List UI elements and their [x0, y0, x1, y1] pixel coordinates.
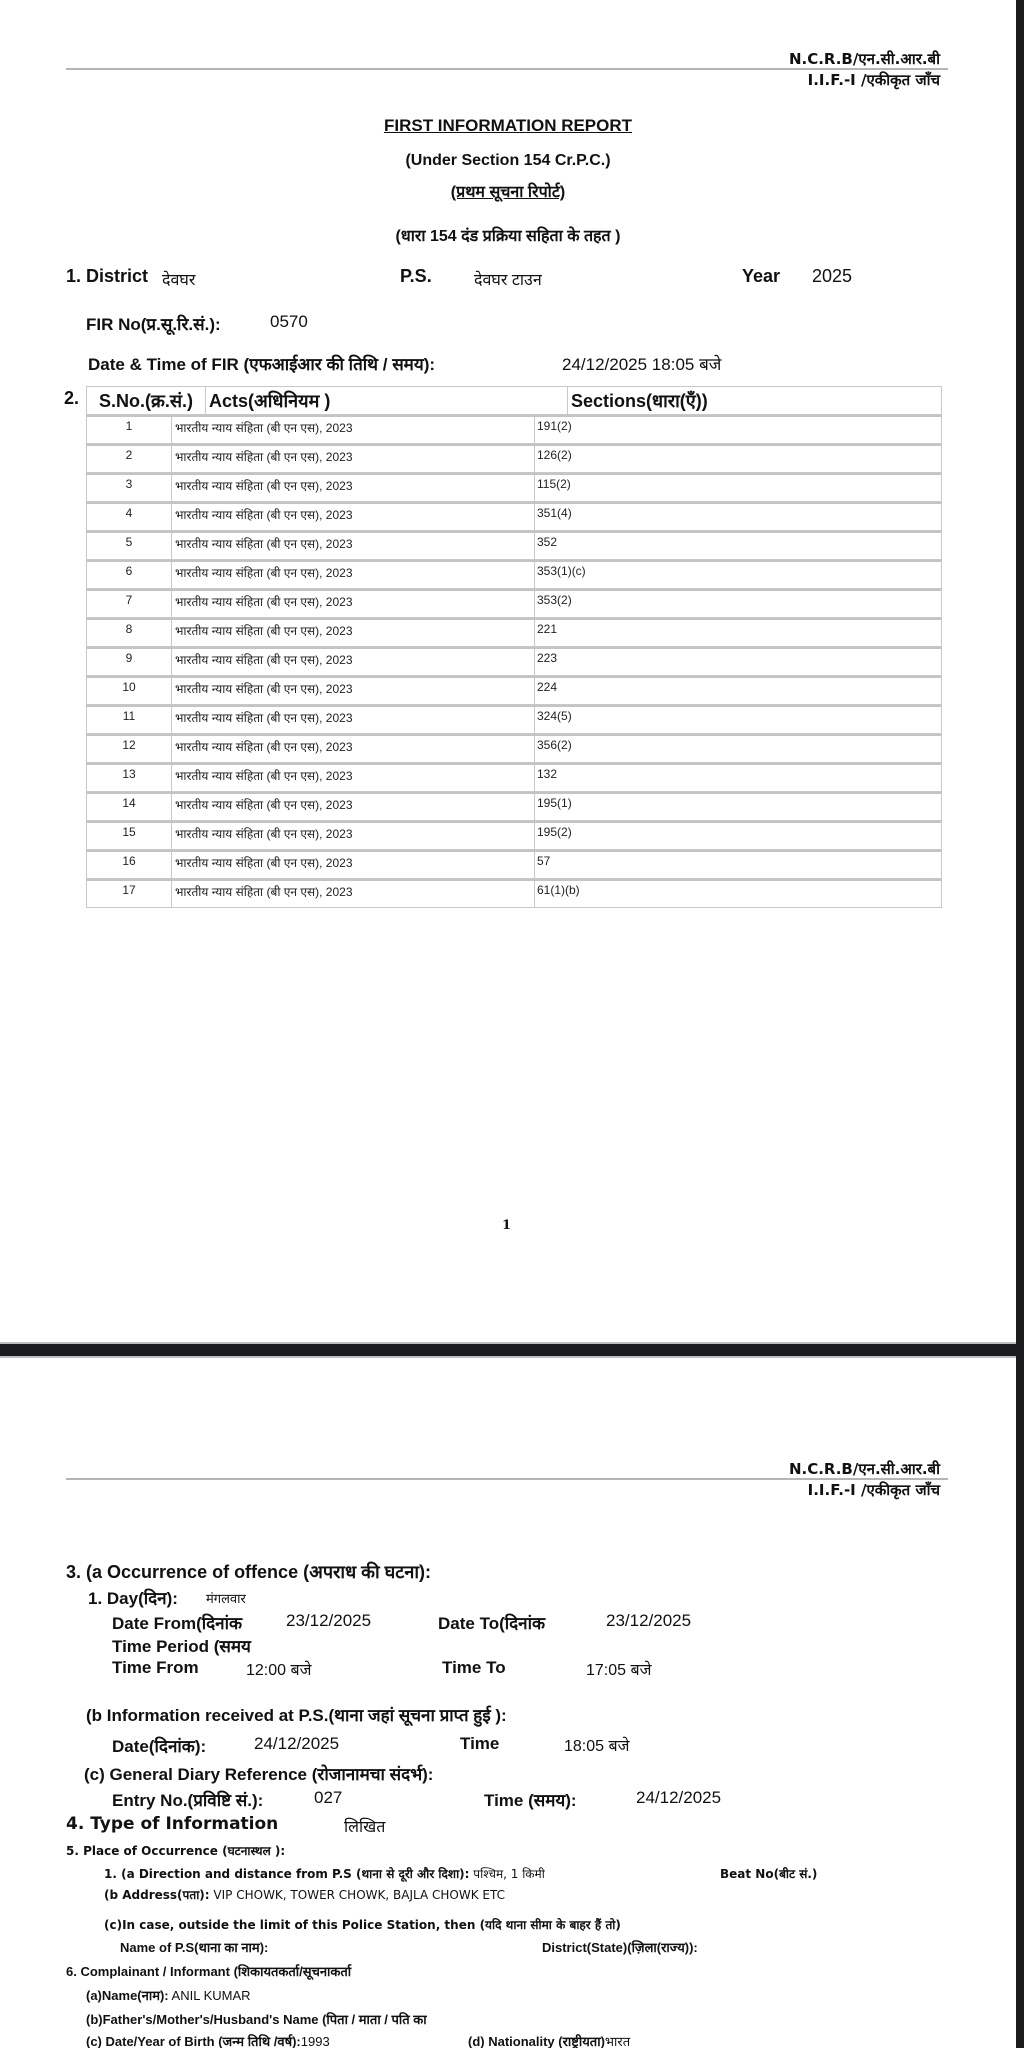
- row-section: 353(1)(c): [537, 564, 586, 578]
- row-section: 195(2): [537, 825, 572, 839]
- ps-name-label: Name of P.S(थाना का नाम):: [120, 1938, 268, 1956]
- row-sno: 4: [87, 506, 171, 520]
- row-section: 57: [537, 854, 550, 868]
- address-value: VIP CHOWK, TOWER CHOWK, BAJLA CHOWK ETC: [213, 1888, 505, 1902]
- dob-row: (c) Date/Year of Birth (जन्म तिथि /वर्ष)…: [86, 2032, 330, 2048]
- info-date-label: Date(दिनांक):: [112, 1734, 206, 1757]
- table-row: 2भारतीय न्याय संहिता (बी एन एस), 2023126…: [86, 444, 942, 473]
- row-act: भारतीय न्याय संहिता (बी एन एस), 2023: [175, 448, 353, 465]
- fir-datetime-value: 24/12/2025 18:05 बजे: [562, 352, 721, 375]
- entry-no-value: 027: [314, 1788, 342, 1808]
- date-to-label: Date To(दिनांक: [438, 1611, 545, 1634]
- row-sno: 1: [87, 419, 171, 433]
- type-of-info-value: लिखित: [344, 1815, 385, 1837]
- direction-label: 1. (a Direction and distance from P.S (थ…: [104, 1867, 469, 1881]
- day-value: मंगलवार: [206, 1589, 246, 1607]
- nationality-value: भारत: [605, 2034, 630, 2048]
- time-to-label: Time To: [442, 1658, 506, 1678]
- district-value: देवघर: [162, 268, 195, 290]
- table-row: 9भारतीय न्याय संहिता (बी एन एस), 2023223: [86, 647, 942, 676]
- outside-limit-label: (c)In case, outside the limit of this Po…: [104, 1916, 621, 1933]
- direction-row: 1. (a Direction and distance from P.S (थ…: [104, 1865, 545, 1882]
- fir-no-label: FIR No(प्र.सू.रि.सं.):: [86, 312, 221, 335]
- table-row: 14भारतीय न्याय संहिता (बी एन एस), 202319…: [86, 792, 942, 821]
- ncrb-label: N.C.R.B/एन.सी.आर.बी: [789, 50, 940, 68]
- name-row: (a)Name(नाम): ANIL KUMAR: [86, 1986, 251, 2004]
- row-section: 115(2): [537, 477, 571, 491]
- dob-label: (c) Date/Year of Birth (जन्म तिथि /वर्ष)…: [86, 2034, 301, 2048]
- gd-time-label: Time (समय):: [484, 1788, 577, 1811]
- row-sno: 12: [87, 738, 171, 752]
- table-row: 12भारतीय न्याय संहिता (बी एन एस), 202335…: [86, 734, 942, 763]
- info-time-value: 18:05 बजे: [564, 1734, 630, 1756]
- table-row: 11भारतीय न्याय संहिता (बी एन एस), 202332…: [86, 705, 942, 734]
- row-sno: 9: [87, 651, 171, 665]
- row-act: भारतीय न्याय संहिता (बी एन एस), 2023: [175, 651, 353, 668]
- row-act: भारतीय न्याय संहिता (बी एन एस), 2023: [175, 564, 353, 581]
- row-act: भारतीय न्याय संहिता (बी एन एस), 2023: [175, 767, 353, 784]
- table-row: 6भारतीय न्याय संहिता (बी एन एस), 2023353…: [86, 560, 942, 589]
- table-header: S.No.(क्र.सं.) Acts(अधिनियम ) Sections(ध…: [86, 386, 942, 415]
- row-act: भारतीय न्याय संहिता (बी एन एस), 2023: [175, 477, 353, 494]
- row-act: भारतीय न्याय संहिता (बी एन एस), 2023: [175, 680, 353, 697]
- row-sno: 11: [87, 709, 171, 723]
- iif-label-2: I.I.F.-I /एकीकृत जाँच: [808, 1481, 940, 1499]
- direction-value: पश्चिम, 1 किमी: [473, 1867, 545, 1881]
- page-number: 1: [502, 1218, 511, 1233]
- row-section: 324(5): [537, 709, 572, 723]
- row-sno: 13: [87, 767, 171, 781]
- year-value: 2025: [812, 266, 852, 287]
- name-label: (a)Name(नाम):: [86, 1988, 169, 2003]
- date-from-label: Date From(दिनांक: [112, 1611, 242, 1634]
- table-row: 1भारतीय न्याय संहिता (बी एन एस), 2023191…: [86, 415, 942, 444]
- time-to-value: 17:05 बजे: [586, 1658, 652, 1680]
- table-row: 13भारतीय न्याय संहिता (बी एन एस), 202313…: [86, 763, 942, 792]
- gd-reference-label: (c) General Diary Reference (रोजानामचा स…: [84, 1762, 433, 1785]
- row-sno: 10: [87, 680, 171, 694]
- row-sno: 8: [87, 622, 171, 636]
- time-period-label: Time Period (समय: [112, 1634, 251, 1657]
- row-section: 351(4): [537, 506, 572, 520]
- district-state-label: District(State)(ज़िला(राज्य)):: [542, 1938, 698, 1956]
- row-act: भारतीय न्याय संहिता (बी एन एस), 2023: [175, 709, 353, 726]
- row-act: भारतीय न्याय संहिता (बी एन एस), 2023: [175, 419, 353, 436]
- address-label: (b Address(पता):: [104, 1888, 210, 1902]
- hindi-section: (धारा 154 दंड प्रक्रिया सहिता के तहत ): [0, 224, 1016, 246]
- row-sno: 7: [87, 593, 171, 607]
- viewer-edge: [1016, 0, 1024, 2048]
- table-row: 4भारतीय न्याय संहिता (बी एन एस), 2023351…: [86, 502, 942, 531]
- ps-label: P.S.: [400, 266, 432, 287]
- row-sno: 17: [87, 883, 171, 897]
- ncrb-label-2: N.C.R.B/एन.सी.आर.बी: [789, 1460, 940, 1478]
- table-body: 1भारतीय न्याय संहिता (बी एन एस), 2023191…: [86, 415, 942, 908]
- entry-no-label: Entry No.(प्रविष्टि सं.):: [112, 1788, 263, 1811]
- table-row: 10भारतीय न्याय संहिता (बी एन एस), 202322…: [86, 676, 942, 705]
- row-section: 195(1): [537, 796, 572, 810]
- header-rule-2: [66, 1478, 948, 1480]
- row-act: भारतीय न्याय संहिता (बी एन एस), 2023: [175, 854, 353, 871]
- table-row: 15भारतीय न्याय संहिता (बी एन एस), 202319…: [86, 821, 942, 850]
- row-section: 61(1)(b): [537, 883, 580, 897]
- hindi-title: (प्रथम सूचना रिपोर्ट): [0, 180, 1016, 202]
- day-label: 1. Day(दिन):: [88, 1586, 178, 1609]
- table-row: 3भारतीय न्याय संहिता (बी एन एस), 2023115…: [86, 473, 942, 502]
- fir-datetime-label: Date & Time of FIR (एफआईआर की तिथि / समय…: [88, 352, 435, 375]
- row-sno: 2: [87, 448, 171, 462]
- district-label: 1. District: [66, 266, 148, 287]
- row-sno: 14: [87, 796, 171, 810]
- report-title: FIRST INFORMATION REPORT: [0, 116, 1016, 136]
- row-section: 353(2): [537, 593, 572, 607]
- row-sno: 16: [87, 854, 171, 868]
- under-section: (Under Section 154 Cr.P.C.): [0, 152, 1016, 170]
- col-acts-header: Acts(अधिनियम ): [209, 389, 330, 413]
- row-act: भारतीय न्याय संहिता (बी एन एस), 2023: [175, 622, 353, 639]
- row-section: 356(2): [537, 738, 572, 752]
- time-from-value: 12:00 बजे: [246, 1658, 312, 1680]
- row-act: भारतीय न्याय संहिता (बी एन एस), 2023: [175, 883, 353, 900]
- time-from-label: Time From: [112, 1658, 199, 1678]
- nationality-label: (d) Nationality (राष्ट्रीयता): [468, 2034, 605, 2048]
- acts-sections-table: S.No.(क्र.सं.) Acts(अधिनियम ) Sections(ध…: [86, 386, 942, 908]
- table-row: 8भारतीय न्याय संहिता (बी एन एस), 2023221: [86, 618, 942, 647]
- date-from-value: 23/12/2025: [286, 1611, 371, 1631]
- info-time-label: Time: [460, 1734, 499, 1754]
- row-act: भारतीय न्याय संहिता (बी एन एस), 2023: [175, 825, 353, 842]
- dob-value: 1993: [301, 2034, 330, 2048]
- name-value: ANIL KUMAR: [172, 1988, 251, 2003]
- nationality-row: (d) Nationality (राष्ट्रीयता)भारत: [468, 2032, 630, 2048]
- row-section: 126(2): [537, 448, 572, 462]
- complainant-label: 6. Complainant / Informant (शिकायतकर्ता/…: [66, 1962, 351, 1980]
- row-sno: 3: [87, 477, 171, 491]
- row-act: भारतीय न्याय संहिता (बी एन एस), 2023: [175, 796, 353, 813]
- beat-no-label: Beat No(बीट सं.): [720, 1865, 817, 1882]
- table-row: 17भारतीय न्याय संहिता (बी एन एस), 202361…: [86, 879, 942, 908]
- type-of-info-label: 4. Type of Information: [66, 1814, 278, 1834]
- year-label: Year: [742, 266, 780, 287]
- fir-no-value: 0570: [270, 312, 308, 332]
- row-act: भारतीय न्याय संहिता (बी एन एस), 2023: [175, 738, 353, 755]
- row-sno: 6: [87, 564, 171, 578]
- row-section: 221: [537, 622, 557, 636]
- row-section: 223: [537, 651, 557, 665]
- relative-name-label: (b)Father's/Mother's/Husband's Name (पित…: [86, 2010, 427, 2028]
- row-sno: 15: [87, 825, 171, 839]
- header-rule: [66, 68, 948, 70]
- iif-label: I.I.F.-I /एकीकृत जाँच: [808, 71, 940, 89]
- page-separator: [0, 1342, 1024, 1358]
- gd-time-value: 24/12/2025: [636, 1788, 721, 1808]
- section-2-number: 2.: [64, 388, 79, 409]
- ps-value: देवघर टाउन: [474, 268, 542, 290]
- occurrence-label: 3. (a Occurrence of offence (अपराध की घट…: [66, 1560, 431, 1584]
- col-sections-header: Sections(धारा(एँ)): [571, 389, 708, 413]
- row-section: 132: [537, 767, 557, 781]
- row-act: भारतीय न्याय संहिता (बी एन एस), 2023: [175, 535, 353, 552]
- row-sno: 5: [87, 535, 171, 549]
- table-row: 7भारतीय न्याय संहिता (बी एन एस), 2023353…: [86, 589, 942, 618]
- row-section: 191(2): [537, 419, 572, 433]
- place-of-occurrence-label: 5. Place of Occurrence (घटनास्थल ):: [66, 1842, 285, 1859]
- row-act: भारतीय न्याय संहिता (बी एन एस), 2023: [175, 506, 353, 523]
- table-row: 16भारतीय न्याय संहिता (बी एन एस), 202357: [86, 850, 942, 879]
- row-section: 352: [537, 535, 557, 549]
- info-date-value: 24/12/2025: [254, 1734, 339, 1754]
- address-row: (b Address(पता): VIP CHOWK, TOWER CHOWK,…: [104, 1886, 505, 1903]
- info-received-label: (b Information received at P.S.(थाना जहा…: [86, 1703, 507, 1726]
- row-act: भारतीय न्याय संहिता (बी एन एस), 2023: [175, 593, 353, 610]
- col-sno-header: S.No.(क्र.सं.): [99, 389, 193, 413]
- date-to-value: 23/12/2025: [606, 1611, 691, 1631]
- row-section: 224: [537, 680, 557, 694]
- table-row: 5भारतीय न्याय संहिता (बी एन एस), 2023352: [86, 531, 942, 560]
